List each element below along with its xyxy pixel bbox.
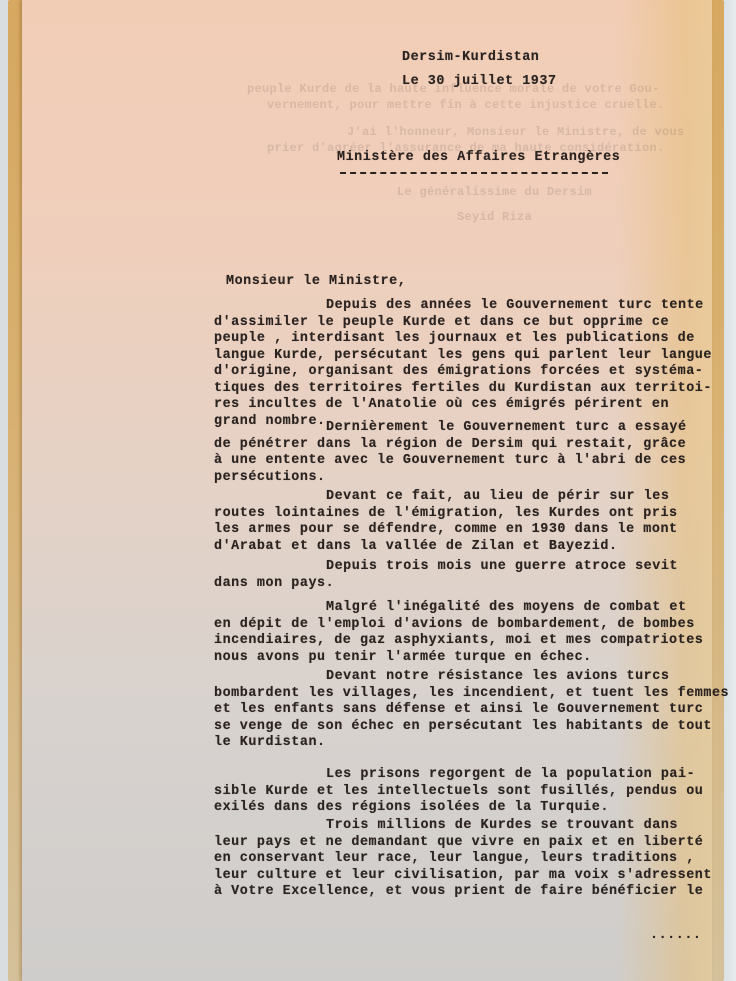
bleed-through-line: vernement, pour mettre fin à cette injus…: [267, 98, 665, 112]
paragraph-line: res incultes de l'Anatolie où ces émigré…: [214, 397, 724, 414]
paragraph-line: se venge de son échec en persécutant les…: [214, 719, 724, 736]
paragraph-line: le Kurdistan.: [214, 735, 724, 752]
paragraph-line: Depuis trois mois une guerre atroce sevi…: [214, 559, 724, 576]
paragraph-8: Trois millions de Kurdes se trouvant dan…: [214, 818, 724, 901]
paragraph-line: d'Arabat et dans la vallée de Zilan et B…: [214, 539, 724, 556]
paragraph-line: leur culture et leur civilisation, par m…: [214, 868, 724, 885]
paragraph-line: leur pays et ne demandant que vivre en p…: [214, 835, 724, 852]
paragraph-line: à une entente avec le Gouvernement turc …: [214, 453, 724, 470]
paragraph-5: Malgré l'inégalité des moyens de combat …: [214, 600, 724, 666]
letter-recipient: Ministère des Affaires Etrangères: [337, 150, 620, 165]
paragraph-line: persécutions.: [214, 470, 724, 487]
paragraph-line: en conservant leur race, leur langue, le…: [214, 851, 724, 868]
paragraph-line: tiques des territoires fertiles du Kurdi…: [214, 381, 724, 398]
paragraph-line: exilés dans des régions isolées de la Tu…: [214, 800, 724, 817]
paragraph-line: Depuis des années le Gouvernement turc t…: [214, 298, 724, 315]
paragraph-line: bombardent les villages, les incendient,…: [214, 686, 724, 703]
paragraph-line: Trois millions de Kurdes se trouvant dan…: [214, 818, 724, 835]
letter-place: Dersim-Kurdistan: [402, 50, 539, 65]
paragraph-line: nous avons pu tenir l'armée turque en éc…: [214, 650, 724, 667]
paragraph-3: Devant ce fait, au lieu de périr sur les…: [214, 489, 724, 555]
paragraph-line: et les enfants sans défense et ainsi le …: [214, 702, 724, 719]
letter-date: Le 30 juillet 1937: [402, 74, 557, 89]
paragraph-line: dans mon pays.: [214, 576, 724, 593]
paragraph-line: incendiaires, de gaz asphyxiants, moi et…: [214, 633, 724, 650]
paragraph-1: Depuis des années le Gouvernement turc t…: [214, 298, 724, 430]
paragraph-7: Les prisons regorgent de la population p…: [214, 767, 724, 817]
paragraph-line: sible Kurde et les intellectuels sont fu…: [214, 784, 724, 801]
paragraph-line: à Votre Excellence, et vous prient de fa…: [214, 884, 724, 901]
paragraph-line: en dépit de l'emploi d'avions de bombard…: [214, 617, 724, 634]
continuation-mark: ......: [650, 928, 702, 943]
bleed-through-line: Seyid Riza: [457, 210, 532, 224]
paragraph-line: d'assimiler le peuple Kurde et dans ce b…: [214, 315, 724, 332]
paragraph-line: Malgré l'inégalité des moyens de combat …: [214, 600, 724, 617]
paragraph-line: langue Kurde, persécutant les gens qui p…: [214, 348, 724, 365]
paragraph-2: Dernièrement le Gouvernement turc a essa…: [214, 420, 724, 486]
paragraph-6: Devant notre résistance les avions turcs…: [214, 669, 724, 752]
bleed-through-line: Le généralissime du Dersim: [397, 185, 592, 199]
recipient-underline: [340, 172, 608, 174]
paragraph-line: d'origine, organisant des émigrations fo…: [214, 364, 724, 381]
paragraph-line: Devant notre résistance les avions turcs: [214, 669, 724, 686]
paragraph-line: Les prisons regorgent de la population p…: [214, 767, 724, 784]
paragraph-line: de pénétrer dans la région de Dersim qui…: [214, 437, 724, 454]
letter-salutation: Monsieur le Ministre,: [226, 274, 406, 289]
bleed-through-line: J'ai l'honneur, Monsieur le Ministre, de…: [347, 125, 685, 139]
paragraph-line: Devant ce fait, au lieu de périr sur les: [214, 489, 724, 506]
paragraph-4: Depuis trois mois une guerre atroce sevi…: [214, 559, 724, 592]
paragraph-line: routes lointaines de l'émigration, les K…: [214, 506, 724, 523]
paragraph-line: les armes pour se défendre, comme en 193…: [214, 522, 724, 539]
paragraph-line: peuple , interdisant les journaux et les…: [214, 331, 724, 348]
paragraph-line: Dernièrement le Gouvernement turc a essa…: [214, 420, 724, 437]
